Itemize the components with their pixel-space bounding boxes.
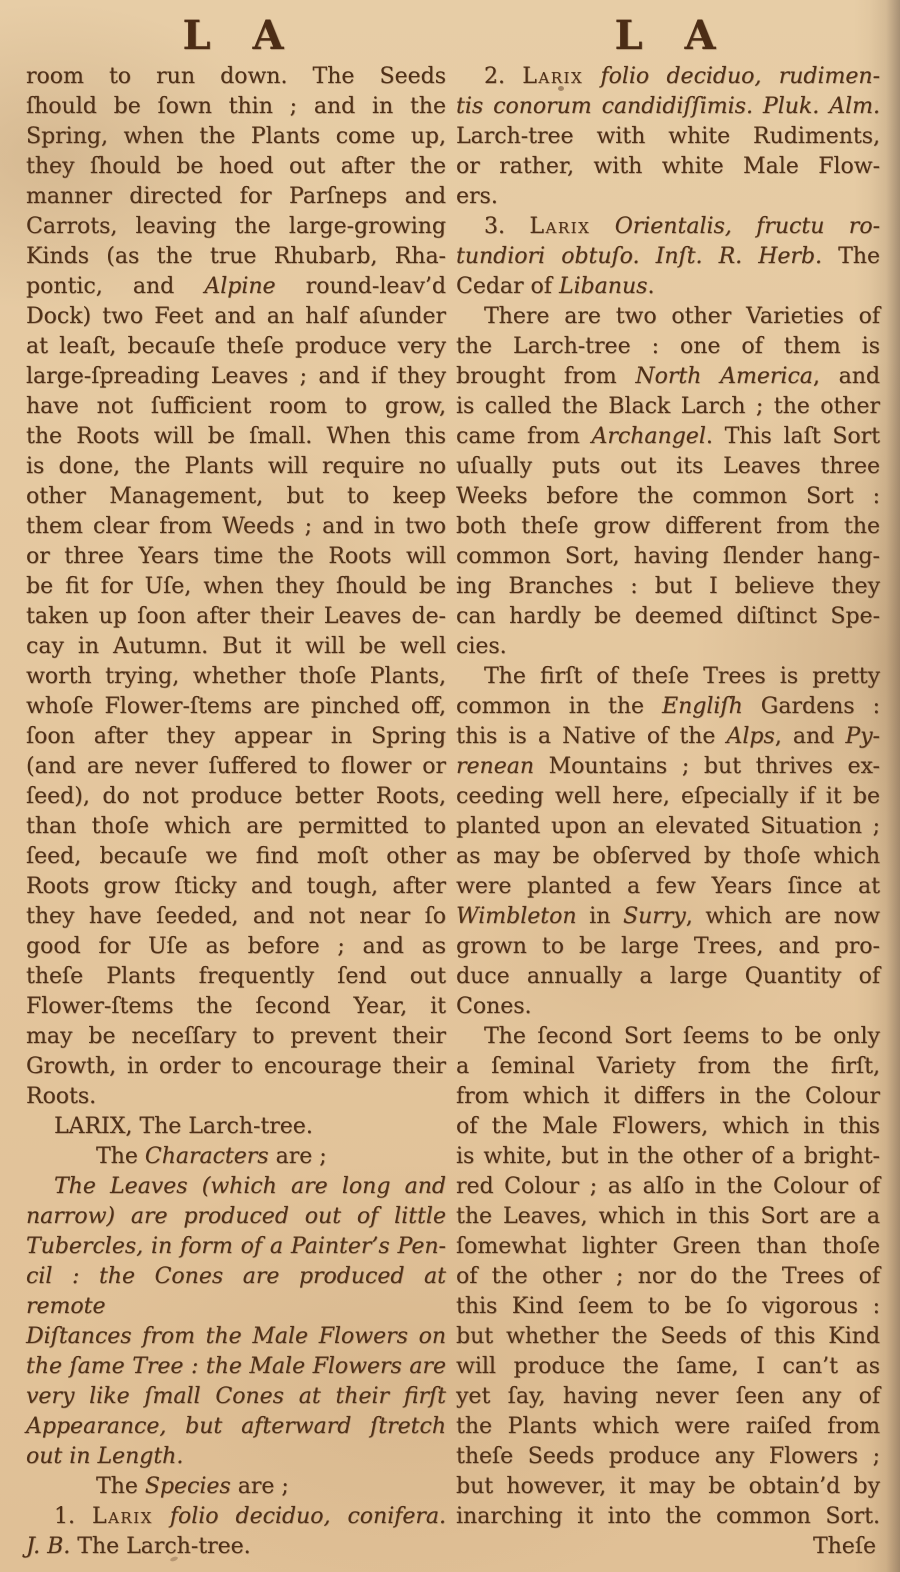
text-line: worth trying, whether thoſe Plants, [26, 662, 446, 692]
text-line: a ſeminal Variety from the firſt, [456, 1052, 880, 1082]
body-text: but whether the Seeds of this Kind [456, 1324, 880, 1349]
body-text: , and [813, 364, 880, 389]
text-line: common in the Engliſh Gardens : [456, 692, 880, 722]
text-line: Cones. [456, 992, 880, 1022]
body-text: the Plants which were raiſed from [456, 1414, 880, 1439]
text-line: may be neceſſary to prevent their [26, 1022, 446, 1052]
text-line: ceeding well here, eſpecially if it be [456, 782, 880, 812]
body-text [590, 214, 614, 239]
text-line: the Larch-tree : one of them is [456, 332, 880, 362]
italic-text: North America [635, 364, 813, 389]
text-line: 1. Larix folio deciduo, conifera. [26, 1502, 446, 1532]
body-text: The [96, 1144, 145, 1169]
text-line: Spring, when the Plants come up, [26, 122, 446, 152]
text-line: Roots. [26, 1082, 446, 1112]
body-text: room to run down. The Seeds [26, 64, 446, 89]
italic-text: Engliſh [662, 694, 743, 719]
body-text: red Colour ; as alſo in the Colour of [456, 1174, 880, 1199]
body-text: Roots grow ſticky and tough, after [26, 874, 446, 899]
body-text: can hardly be deemed diſtinct Spe- [456, 604, 880, 629]
text-line: whoſe Flower-ſtems are pinched off, [26, 692, 446, 722]
italic-text: out in Length. [26, 1444, 183, 1469]
text-line: Theſe [456, 1532, 880, 1562]
text-line: Dock) two Feet and an half aſunder [26, 302, 446, 332]
text-line: theſe Plants frequently ſend out [26, 962, 446, 992]
text-line: The Characters are ; [26, 1142, 446, 1172]
body-text: of the other ; nor do the Trees of [456, 1264, 880, 1289]
italic-text: Orientalis, fructu ro- [615, 214, 880, 239]
body-text: (and are never ſuffered to flower or [26, 754, 446, 779]
italic-text: Py- [845, 724, 880, 749]
italic-text: Tubercles, in form of a Painter’s Pen- [26, 1234, 446, 1259]
text-line: taken up ſoon after their Leaves de- [26, 602, 446, 632]
italic-text: Archangel [592, 424, 706, 449]
text-line: came from Archangel. This laſt Sort [456, 422, 880, 452]
body-text: uſually puts out its Leaves three [456, 454, 880, 479]
scanned-book-page: L A L A room to run down. The Seedsſhoul… [0, 0, 900, 1572]
italic-text: Libanus [559, 274, 647, 299]
body-text: are ; [231, 1474, 289, 1499]
text-line: but however, it may be obtain’d by [456, 1472, 880, 1502]
body-text: a ſeminal Variety from the firſt, [456, 1054, 880, 1079]
text-line: the Roots will be ſmall. When this [26, 422, 446, 452]
text-line: out in Length. [26, 1442, 446, 1472]
italic-text: Surry [623, 904, 686, 929]
body-text: worth trying, whether thoſe Plants, [26, 664, 446, 689]
text-line: Tubercles, in form of a Painter’s Pen- [26, 1232, 446, 1262]
text-line: good for Uſe as before ; and as [26, 932, 446, 962]
italic-text: folio deciduo, conifera. [170, 1504, 446, 1529]
body-text: . [647, 274, 654, 299]
body-text [583, 64, 600, 89]
text-line: (and are never ſuffered to flower or [26, 752, 446, 782]
body-text: common in the [456, 694, 662, 719]
text-line: common Sort, having ſlender hang- [456, 542, 880, 572]
text-line: red Colour ; as alſo in the Colour of [456, 1172, 880, 1202]
body-text: Growth, in order to encourage their [26, 1054, 446, 1079]
text-line: as may be obſerved by thoſe which [456, 842, 880, 872]
body-text [153, 1504, 170, 1529]
body-text: Mountains ; but thrives ex- [534, 754, 880, 779]
text-line: cies. [456, 632, 880, 662]
body-text: both theſe grow different from the [456, 514, 880, 539]
text-line: The Species are ; [26, 1472, 446, 1502]
text-line: theſe Seeds produce any Flowers ; [456, 1442, 880, 1472]
body-text: , which are now [686, 904, 880, 929]
body-text: will produce the ſame, I can’t as [456, 1354, 880, 1379]
body-text: The ſecond Sort ſeems to be only [484, 1024, 880, 1049]
body-text: inarching it into the common Sort. [456, 1504, 880, 1529]
text-line: Roots grow ſticky and tough, after [26, 872, 446, 902]
small-caps-text: Larix [92, 1504, 153, 1529]
body-text: or three Years time the Roots will [26, 544, 446, 569]
text-line: both theſe grow different from the [456, 512, 880, 542]
text-line: ers. [456, 182, 880, 212]
body-text: ſeed), do not produce better Roots, [26, 784, 446, 809]
text-line: The firſt of theſe Trees is pretty [456, 662, 880, 692]
text-line: at leaſt, becauſe theſe produce very [26, 332, 446, 362]
body-text: 2. [484, 64, 522, 89]
body-text: cies. [456, 634, 507, 659]
text-line: than thoſe which are permitted to [26, 812, 446, 842]
text-line: be fit for Uſe, when they ſhould be [26, 572, 446, 602]
body-text: they have ſeeded, and not near ſo [26, 904, 446, 929]
text-line: planted upon an elevated Situation ; [456, 812, 880, 842]
body-text: , and [775, 724, 846, 749]
body-text: ſomewhat lighter Green than thoſe [456, 1234, 880, 1259]
body-text: is white, but in the other of a bright- [456, 1144, 880, 1169]
text-line: large-ſpreading Leaves ; and if they [26, 362, 446, 392]
running-header-right: L A [456, 12, 880, 64]
body-text: other Management, but to keep [26, 484, 446, 509]
text-line: tis conorum candidiſſimis. Pluk. Alm. [456, 92, 880, 122]
left-text-column: room to run down. The Seedsſhould be ſow… [26, 62, 446, 1562]
text-line: or rather, with white Male Flow- [456, 152, 880, 182]
text-line: or three Years time the Roots will [26, 542, 446, 572]
body-text: whoſe Flower-ſtems are pinched off, [26, 694, 446, 719]
body-text: Spring, when the Plants come up, [26, 124, 446, 149]
body-text: than thoſe which are permitted to [26, 814, 446, 839]
text-line: ſeed, becauſe we find moſt other [26, 842, 446, 872]
italic-text: Alpine [204, 274, 275, 299]
body-text: LARIX, The Larch-tree. [54, 1114, 313, 1139]
text-line: can hardly be deemed diſtinct Spe- [456, 602, 880, 632]
body-text: cay in Autumn. But it will be well [26, 634, 446, 659]
body-text: from which it differs in the Colour [456, 1084, 880, 1109]
text-line: Wimbleton in Surry, which are now [456, 902, 880, 932]
text-line: were planted a few Years ſince at [456, 872, 880, 902]
italic-text: tis conorum candidiſſimis. Pluk. Alm. [456, 94, 880, 119]
body-text: planted upon an elevated Situation ; [456, 814, 880, 839]
text-line: this Kind ſeem to be ſo vigorous : [456, 1292, 880, 1322]
body-text: at leaſt, becauſe theſe produce very [26, 334, 446, 359]
body-text: theſe Seeds produce any Flowers ; [456, 1444, 880, 1469]
italic-text: cil : the Cones are produced at remote [26, 1264, 446, 1319]
body-text: brought from [456, 364, 635, 389]
italic-text: J. B. [26, 1534, 70, 1559]
italic-text: Wimbleton [456, 904, 577, 929]
text-line: they ſhould be hoed out after the [26, 152, 446, 182]
text-line: but whether the Seeds of this Kind [456, 1322, 880, 1352]
body-text: good for Uſe as before ; and as [26, 934, 446, 959]
text-line: yet ſay, having never ſeen any of [456, 1382, 880, 1412]
body-text: ſoon after they appear in Spring [26, 724, 446, 749]
text-line: very like ſmall Cones at their firſt [26, 1382, 446, 1412]
running-header-left: L A [26, 12, 446, 64]
text-line: manner directed for Parſneps and [26, 182, 446, 212]
text-line: they have ſeeded, and not near ſo [26, 902, 446, 932]
text-line: Diſtances from the Male Flowers on [26, 1322, 446, 1352]
body-text: round-leav’d [276, 274, 446, 299]
text-line: Cedar of Libanus. [456, 272, 880, 302]
body-text: is done, the Plants will require no [26, 454, 446, 479]
text-line: of the other ; nor do the Trees of [456, 1262, 880, 1292]
body-text: ing Branches : but I believe they [456, 574, 880, 599]
body-text: the Roots will be ſmall. When this [26, 424, 446, 449]
body-text: yet ſay, having never ſeen any of [456, 1384, 880, 1409]
text-line: room to run down. The Seeds [26, 62, 446, 92]
text-line: duce annually a large Quantity of [456, 962, 880, 992]
text-line: brought from North America, and [456, 362, 880, 392]
body-text: grown to be large Trees, and pro- [456, 934, 880, 959]
right-text-column: 2. Larix folio deciduo, rudimen-tis cono… [456, 62, 880, 1562]
text-line: Flower-ſtems the ſecond Year, it [26, 992, 446, 1022]
body-text: Roots. [26, 1084, 96, 1109]
body-text: Kinds (as the true Rhubarb, Rha- [26, 244, 446, 269]
body-text: The Larch-tree. [70, 1534, 250, 1559]
italic-text: very like ſmall Cones at their firſt [26, 1384, 446, 1409]
italic-text: Species [145, 1474, 231, 1499]
text-line: other Management, but to keep [26, 482, 446, 512]
body-text: is called the Black Larch ; the other [456, 394, 880, 419]
small-caps-text: Larix [529, 214, 590, 239]
body-text: pontic, and [26, 274, 204, 299]
text-line: grown to be large Trees, and pro- [456, 932, 880, 962]
text-line: cil : the Cones are produced at remote [26, 1262, 446, 1322]
body-text: . This laſt Sort [706, 424, 880, 449]
body-text: they ſhould be hoed out after the [26, 154, 446, 179]
text-line: LARIX, The Larch-tree. [26, 1112, 446, 1142]
text-line: There are two other Varieties of [456, 302, 880, 332]
italic-text: Alps [726, 724, 774, 749]
body-text: Larch-tree with white Rudiments, [456, 124, 880, 149]
body-text: Dock) two Feet and an half aſunder [26, 304, 446, 329]
text-line: 3. Larix Orientalis, fructu ro- [456, 212, 880, 242]
body-text: Theſe [813, 1534, 876, 1559]
body-text: There are two other Varieties of [484, 304, 880, 329]
text-line: ſhould be ſown thin ; and in the [26, 92, 446, 122]
text-line: them clear from Weeds ; and in two [26, 512, 446, 542]
text-line: uſually puts out its Leaves three [456, 452, 880, 482]
body-text: as may be obſerved by thoſe which [456, 844, 880, 869]
text-line: J. B. The Larch-tree. [26, 1532, 446, 1562]
text-line: 2. Larix folio deciduo, rudimen- [456, 62, 880, 92]
body-text: manner directed for Parſneps and [26, 184, 446, 209]
text-line: tundiori obtuſo. Inſt. R. Herb. The [456, 242, 880, 272]
italic-text: tundiori obtuſo. Inſt. R. Herb. [456, 244, 822, 269]
body-text: taken up ſoon after their Leaves de- [26, 604, 446, 629]
body-text: 3. [484, 214, 529, 239]
body-text: are ; [269, 1144, 327, 1169]
body-text: Cedar of [456, 274, 559, 299]
body-text: ceeding well here, eſpecially if it be [456, 784, 880, 809]
body-text: common Sort, having ſlender hang- [456, 544, 880, 569]
text-line: the Leaves, which in this Sort are a [456, 1202, 880, 1232]
text-line: the Plants which were raiſed from [456, 1412, 880, 1442]
body-text: Weeks before the common Sort : [456, 484, 880, 509]
body-text: 1. [54, 1504, 92, 1529]
body-text: came from [456, 424, 592, 449]
italic-text: folio deciduo, rudimen- [600, 64, 880, 89]
text-line: this is a Native of the Alps, and Py- [456, 722, 880, 752]
body-text: ers. [456, 184, 498, 209]
small-caps-text: Larix [522, 64, 583, 89]
body-text: ſeed, becauſe we find moſt other [26, 844, 446, 869]
body-text: The firſt of theſe Trees is pretty [484, 664, 880, 689]
text-line: the ſame Tree : the Male Flowers are [26, 1352, 446, 1382]
text-line: inarching it into the common Sort. [456, 1502, 880, 1532]
body-text: Cones. [456, 994, 532, 1019]
text-line: will produce the ſame, I can’t as [456, 1352, 880, 1382]
text-line: Appearance, but afterward ſtretch [26, 1412, 446, 1442]
text-line: Kinds (as the true Rhubarb, Rha- [26, 242, 446, 272]
body-text: large-ſpreading Leaves ; and if they [26, 364, 446, 389]
text-line: ſomewhat lighter Green than thoſe [456, 1232, 880, 1262]
text-line: of the Male Flowers, which in this [456, 1112, 880, 1142]
italic-text: narrow) are produced out of little [26, 1204, 446, 1229]
body-text: but however, it may be obtain’d by [456, 1474, 880, 1499]
italic-text: renean [456, 754, 534, 779]
text-line: Weeks before the common Sort : [456, 482, 880, 512]
body-text: Gardens : [743, 694, 880, 719]
body-text: The [96, 1474, 145, 1499]
italic-text: Appearance, but afterward ſtretch [26, 1414, 446, 1439]
text-line: ing Branches : but I believe they [456, 572, 880, 602]
text-line: ſeed), do not produce better Roots, [26, 782, 446, 812]
text-line: Carrots, leaving the large-growing [26, 212, 446, 242]
body-text: of the Male Flowers, which in this [456, 1114, 880, 1139]
body-text: may be neceſſary to prevent their [26, 1024, 446, 1049]
text-line: is called the Black Larch ; the other [456, 392, 880, 422]
text-line: is done, the Plants will require no [26, 452, 446, 482]
text-line: from which it differs in the Colour [456, 1082, 880, 1112]
text-line: have not ſufficient room to grow, [26, 392, 446, 422]
text-line: pontic, and Alpine round-leav’d [26, 272, 446, 302]
body-text: or rather, with white Male Flow- [456, 154, 880, 179]
text-line: Growth, in order to encourage their [26, 1052, 446, 1082]
body-text: theſe Plants frequently ſend out [26, 964, 446, 989]
body-text: were planted a few Years ſince at [456, 874, 880, 899]
italic-text: the ſame Tree : the Male Flowers are [26, 1354, 446, 1379]
body-text: them clear from Weeds ; and in two [26, 514, 446, 539]
text-line: ſoon after they appear in Spring [26, 722, 446, 752]
text-line: is white, but in the other of a bright- [456, 1142, 880, 1172]
italic-text: Characters [145, 1144, 269, 1169]
body-text: Flower-ſtems the ſecond Year, it [26, 994, 446, 1019]
body-text: ſhould be ſown thin ; and in the [26, 94, 446, 119]
body-text: have not ſufficient room to grow, [26, 394, 446, 419]
italic-text: The Leaves (which are long and [54, 1174, 446, 1199]
text-line: narrow) are produced out of little [26, 1202, 446, 1232]
body-text: the Larch-tree : one of them is [456, 334, 880, 359]
text-line: renean Mountains ; but thrives ex- [456, 752, 880, 782]
text-line: Larch-tree with white Rudiments, [456, 122, 880, 152]
text-line: The Leaves (which are long and [26, 1172, 446, 1202]
text-line: cay in Autumn. But it will be well [26, 632, 446, 662]
body-text: this Kind ſeem to be ſo vigorous : [456, 1294, 880, 1319]
body-text: duce annually a large Quantity of [456, 964, 880, 989]
body-text: The [822, 244, 880, 269]
text-line: The ſecond Sort ſeems to be only [456, 1022, 880, 1052]
body-text: be fit for Uſe, when they ſhould be [26, 574, 446, 599]
body-text: Carrots, leaving the large-growing [26, 214, 446, 239]
body-text: in [577, 904, 623, 929]
body-text: this is a Native of the [456, 724, 726, 749]
body-text: the Leaves, which in this Sort are a [456, 1204, 880, 1229]
italic-text: Diſtances from the Male Flowers on [26, 1324, 446, 1349]
